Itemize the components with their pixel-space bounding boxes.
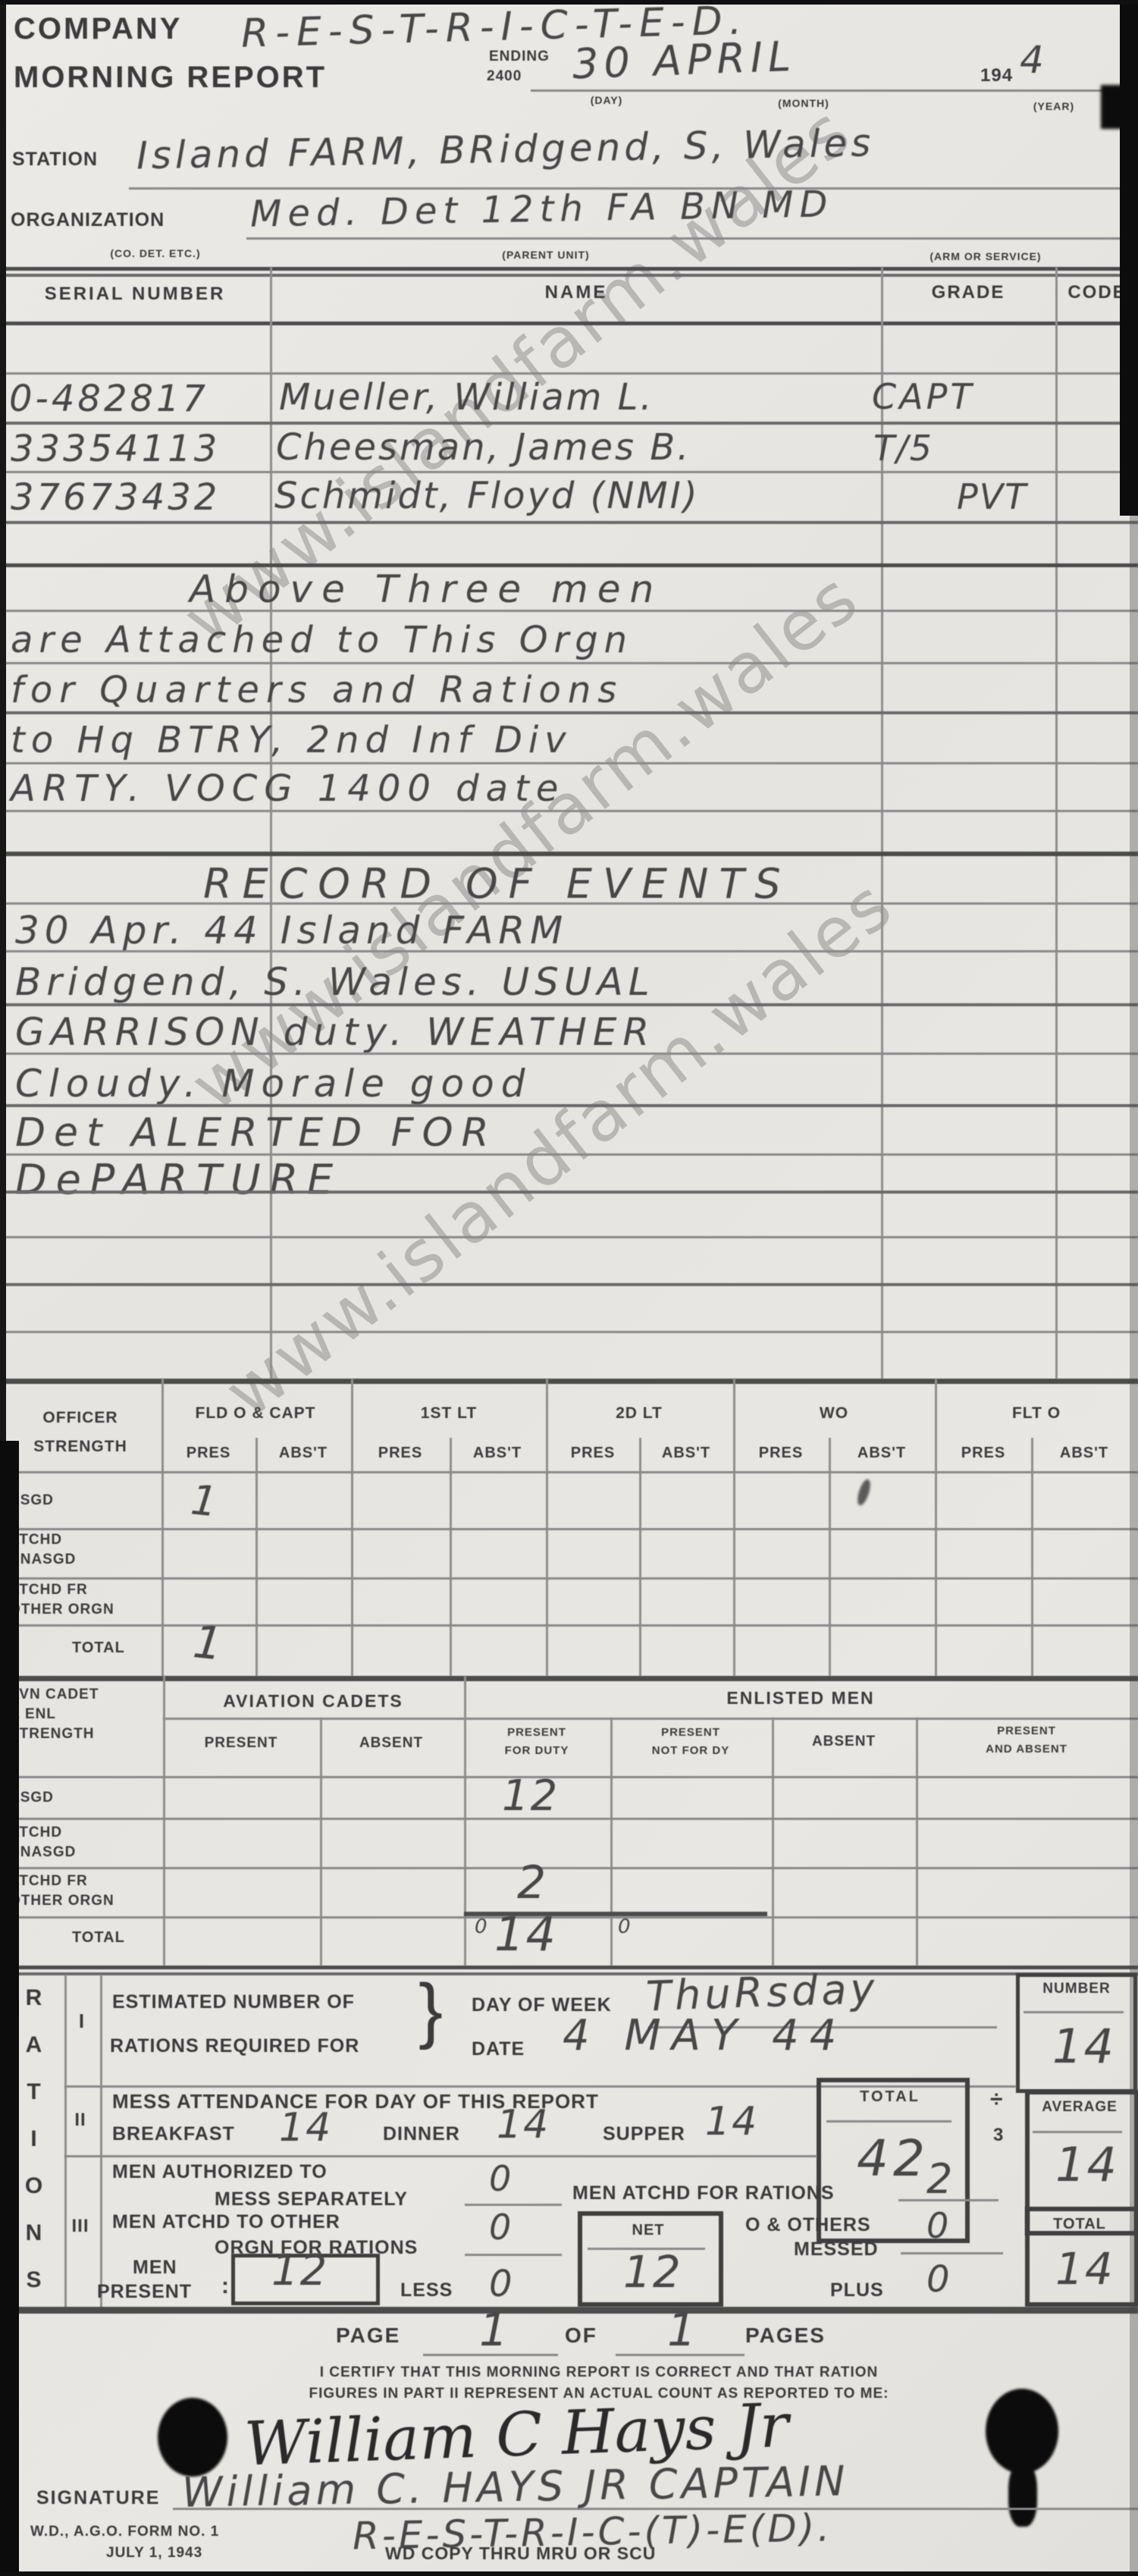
page-label: PAGE — [336, 2323, 400, 2348]
scanned-morning-report-page: www.islandfarm.wales www.islandfarm.wale… — [0, 0, 1138, 2576]
enlisted-total-zero-mark: 0 — [475, 1916, 489, 1938]
rule — [0, 521, 1138, 524]
officer-row-label-other-orgn: OTHER ORGN — [9, 1602, 114, 1618]
events-line: Bridgend, S. Wales. USUAL — [15, 960, 655, 1004]
enlisted-row-label-atchd-fr: ATCHD FR — [9, 1873, 88, 1890]
rule — [320, 1718, 322, 1966]
officer-row-label-atchd-fr: ATCHD FR — [9, 1582, 88, 1599]
events-line: DePARTURE — [15, 1156, 342, 1203]
punch-hole-right-tail — [1008, 2463, 1037, 2527]
roster-row-grade: PVT — [957, 476, 1027, 517]
rule — [0, 810, 1138, 812]
present-not-for-duty-col-header: NOT FOR DY — [652, 1744, 730, 1757]
net-value: 12 — [623, 2246, 682, 2298]
name-header: NAME — [545, 282, 608, 303]
roster-row-grade: CAPT — [872, 376, 974, 417]
pages-total-value: 1 — [667, 2304, 698, 2357]
remarks-line: for Quarters and Rations — [11, 669, 623, 711]
events-line: GARRISON duty. WEATHER — [15, 1010, 655, 1054]
men-atchd-for-rations-label: MEN ATCHD FOR RATIONS — [572, 2182, 835, 2204]
rule — [546, 1379, 548, 1676]
rule — [0, 471, 1138, 473]
rule — [0, 1676, 1138, 1681]
rule — [1033, 2131, 1122, 2133]
station-label: STATION — [12, 149, 98, 171]
ending-label: ENDING — [489, 49, 550, 65]
average-label: AVERAGE — [1042, 2099, 1118, 2116]
absent-col-header: ABSENT — [359, 1735, 423, 1752]
rule — [0, 1624, 1138, 1627]
section-iii-numeral: III — [71, 2216, 89, 2237]
grade-header: GRADE — [932, 282, 1005, 303]
rule — [1055, 267, 1058, 1379]
enlisted-men-group-header: ENLISTED MEN — [726, 1688, 874, 1708]
rule — [163, 1718, 1138, 1720]
rations-vertical-letter: R — [26, 1985, 43, 2011]
rule — [0, 1966, 1138, 1969]
officer-corner-label: OFFICER — [42, 1409, 118, 1427]
men-present-value: 12 — [271, 2246, 328, 2295]
officer-corner-label: STRENGTH — [33, 1438, 127, 1456]
rule — [0, 322, 1138, 325]
remarks-line: to Hq BTRY, 2nd Inf Div — [11, 719, 572, 761]
rule — [0, 610, 1138, 612]
rule — [0, 1471, 1138, 1473]
rule — [0, 1236, 1138, 1238]
present-label: PRESENT — [97, 2281, 192, 2303]
rule — [450, 1438, 452, 1676]
rule — [1031, 1438, 1033, 1676]
rule — [0, 1577, 1138, 1580]
mess-separately-label: MESS SEPARATELY — [215, 2189, 408, 2210]
form-date-label: JULY 1, 1943 — [106, 2545, 202, 2562]
rule — [0, 1972, 1138, 1975]
abst-subheader: ABS'T — [662, 1445, 710, 1462]
ending-time-label: 2400 — [487, 68, 522, 85]
men-authorized-label: MEN AUTHORIZED TO — [112, 2161, 328, 2183]
roster-row-name: Schmidt, Floyd (NMI) — [274, 475, 700, 517]
roster-row-name: Mueller, William L. — [279, 376, 654, 419]
rule — [0, 1003, 1138, 1006]
present-and-absent-col-header: AND ABSENT — [986, 1743, 1067, 1756]
rule — [270, 267, 272, 1379]
rations-vertical-letter: O — [25, 2173, 43, 2199]
roster-row-serial: 33354113 — [11, 428, 220, 470]
of-label: OF — [565, 2323, 597, 2348]
rule — [0, 1818, 1138, 1820]
grand-total-value: 14 — [1055, 2243, 1114, 2295]
rule — [772, 1718, 774, 1966]
rule — [465, 2254, 562, 2256]
rule — [256, 1438, 258, 1676]
signature-label: SIGNATURE — [36, 2487, 160, 2509]
rule — [0, 2307, 1138, 2314]
section-i-numeral: I — [79, 2010, 85, 2033]
orgn-for-rations-value: 0 — [489, 2207, 513, 2248]
pages-label: PAGES — [745, 2323, 826, 2348]
officer-group-header: 1ST LT — [421, 1404, 477, 1423]
organization-label: ORGANIZATION — [11, 209, 165, 231]
officer-group-header: FLT O — [1012, 1404, 1061, 1423]
rule — [64, 1975, 67, 2308]
rule — [826, 2120, 951, 2123]
rule — [465, 2204, 562, 2206]
rule — [733, 1379, 735, 1676]
rule — [246, 237, 1138, 240]
rule — [0, 274, 1138, 277]
abst-subheader: ABS'T — [857, 1445, 906, 1462]
parent-unit-sublabel: (PARENT UNIT) — [502, 249, 589, 261]
aviation-cadets-group-header: AVIATION CADETS — [223, 1691, 403, 1712]
enlisted-total-present-for-duty-value: 14 — [494, 1906, 557, 1962]
rule — [0, 1916, 1138, 1919]
absent-col-header: ABSENT — [812, 1734, 876, 1750]
rule — [423, 2354, 558, 2356]
officer-asgd-pres-value: 1 — [189, 1476, 221, 1526]
officer-total-pres-value: 1 — [190, 1615, 226, 1671]
rule — [0, 662, 1138, 664]
men-atchd-other-label: MEN ATCHD TO OTHER — [112, 2211, 340, 2233]
rule — [1024, 2011, 1124, 2013]
less-value: 0 — [489, 2263, 514, 2305]
messed-label: MESSED — [794, 2239, 879, 2261]
rule — [0, 1331, 1138, 1333]
estimated-number-label: ESTIMATED NUMBER OF — [112, 1991, 355, 2013]
rule — [351, 1379, 353, 1676]
number-label: NUMBER — [1042, 1981, 1110, 1997]
average-value: 14 — [1055, 2137, 1118, 2192]
present-colon: : — [221, 2273, 230, 2299]
abst-subheader: ABS'T — [1060, 1445, 1108, 1462]
year-sublabel: (YEAR) — [1033, 100, 1074, 112]
date-value: 4 MAY 44 — [563, 2011, 847, 2060]
o-and-others-label: O & OTHERS — [745, 2214, 871, 2236]
rule — [0, 1104, 1138, 1107]
number-value: 14 — [1052, 2019, 1115, 2074]
total-label: TOTAL — [860, 2088, 920, 2106]
officer-row-label-total: TOTAL — [72, 1639, 125, 1657]
enlisted-atchd-fr-present-for-duty-value: 2 — [517, 1856, 547, 1909]
roster-row-name: Cheesman, James B. — [276, 426, 691, 469]
net-label: NET — [632, 2222, 665, 2239]
rule — [901, 2252, 1003, 2254]
rule — [0, 1191, 1138, 1194]
rule — [0, 1867, 1138, 1869]
punch-hole-right — [986, 2389, 1058, 2474]
plus-label: PLUS — [830, 2279, 884, 2301]
rations-vertical-letter: A — [26, 2032, 43, 2058]
morning-report-label: MORNING REPORT — [14, 61, 327, 95]
rule — [0, 1528, 1138, 1530]
pres-subheader: PRES — [378, 1445, 422, 1462]
pres-subheader: PRES — [571, 1445, 615, 1462]
enlisted-asgd-present-for-duty-value: 12 — [502, 1771, 559, 1821]
supper-label: SUPPER — [603, 2123, 685, 2145]
rule — [0, 372, 1138, 375]
men-label: MEN — [133, 2257, 177, 2279]
year-prefix-label: 194 — [980, 65, 1013, 86]
enlisted-row-label-other-orgn: OTHER ORGN — [9, 1893, 114, 1909]
enlisted-corner-label: STRENGTH — [9, 1726, 95, 1743]
divide-sign: ÷ — [990, 2087, 1003, 2113]
men-atchd-for-rations-value: 2 — [926, 2155, 954, 2203]
remarks-line: Above Three men — [190, 567, 663, 611]
rule — [0, 1283, 1138, 1286]
brace-glyph: } — [419, 1969, 444, 2052]
date-label: DATE — [472, 2038, 525, 2060]
scan-edge-bottom — [0, 2571, 1138, 2576]
breakfast-label: BREAKFAST — [112, 2123, 235, 2145]
enlisted-total-not-for-duty-value: 0 — [618, 1916, 632, 1938]
scan-edge-top — [0, 0, 1138, 5]
rations-vertical-letter: T — [27, 2079, 41, 2105]
rule — [639, 1438, 641, 1676]
officer-row-label-unasgd: UNASGD — [9, 1552, 76, 1568]
day-sublabel: (DAY) — [591, 94, 623, 106]
arm-service-sublabel: (ARM OR SERVICE) — [930, 250, 1041, 262]
co-det-sublabel: (CO. DET. ETC.) — [110, 247, 200, 259]
rule — [616, 2354, 745, 2356]
abst-subheader: ABS'T — [279, 1445, 328, 1462]
mess-separately-value: 0 — [489, 2158, 513, 2199]
rule — [464, 1676, 466, 1966]
present-not-for-duty-col-header: PRESENT — [661, 1726, 720, 1739]
remarks-line: are Attached to This Orgn — [11, 619, 633, 661]
roster-row-serial: 37673432 — [11, 476, 220, 519]
serial-number-header: SERIAL NUMBER — [45, 284, 226, 305]
pres-subheader: PRES — [187, 1445, 230, 1462]
scan-edge-right — [1120, 0, 1138, 516]
present-and-absent-col-header: PRESENT — [997, 1724, 1056, 1737]
officer-group-header: WO — [820, 1404, 848, 1423]
scan-edge-right-faint — [1130, 516, 1138, 2576]
plus-value: 0 — [926, 2258, 951, 2301]
code-header: CODE — [1067, 282, 1126, 303]
rations-vertical-letter: N — [26, 2220, 43, 2246]
rule — [0, 762, 1138, 764]
rule — [0, 950, 1138, 952]
rule — [64, 2155, 817, 2157]
enlisted-corner-label: AVN CADET — [9, 1686, 99, 1703]
officer-group-header: FLD O & CAPT — [196, 1404, 316, 1423]
rule — [829, 1438, 831, 1676]
pres-subheader: PRES — [961, 1445, 1005, 1462]
rule — [100, 1975, 102, 2308]
month-sublabel: (MONTH) — [778, 97, 829, 109]
breakfast-value: 14 — [279, 2105, 332, 2151]
events-line: Det ALERTED FOR — [15, 1110, 497, 1156]
report-date-handwriting: 30 APRIL — [572, 33, 797, 88]
page-number-value: 1 — [479, 2304, 509, 2357]
events-line: 30 Apr. 44 Island FARM — [15, 908, 568, 952]
rule — [163, 1676, 165, 1966]
punch-hole-left — [158, 2398, 227, 2477]
rations-vertical-letter: S — [26, 2267, 42, 2293]
rule — [0, 267, 1138, 271]
rule — [0, 422, 1138, 425]
rule — [898, 2199, 998, 2201]
messed-value: 0 — [926, 2205, 950, 2246]
rule — [0, 1053, 1138, 1055]
section-ii-numeral: II — [74, 2110, 86, 2131]
rule — [0, 1776, 1138, 1778]
grand-total-label: TOTAL — [1053, 2216, 1106, 2233]
supper-value: 14 — [705, 2099, 758, 2145]
rule — [0, 852, 1138, 856]
wd-copy-label: WD COPY THRU MRU OR SCU — [385, 2543, 656, 2564]
enlisted-row-label-unasgd: UNASGD — [9, 1844, 76, 1861]
remarks-line: ARTY. VOCG 1400 date — [11, 767, 565, 810]
rule — [610, 1718, 613, 1966]
present-col-header: PRESENT — [205, 1735, 278, 1752]
year-handwriting: 4 — [1020, 38, 1046, 82]
certify-line: I CERTIFY THAT THIS MORNING REPORT IS CO… — [320, 2364, 879, 2381]
rule — [935, 1379, 937, 1676]
form-number-label: W.D., A.G.O. FORM NO. 1 — [30, 2524, 219, 2540]
rule — [0, 902, 1138, 905]
scan-edge-blotch — [1101, 85, 1138, 129]
company-label: COMPANY — [14, 12, 182, 46]
enlisted-row-label-total: TOTAL — [72, 1929, 125, 1947]
divide-by-three: 3 — [993, 2125, 1004, 2146]
rule — [0, 1379, 1138, 1384]
pres-subheader: PRES — [759, 1445, 803, 1462]
less-label: LESS — [400, 2279, 453, 2301]
rule — [531, 89, 1111, 92]
rations-vertical-letter: I — [30, 2126, 37, 2152]
rule — [0, 711, 1138, 714]
total-value: 42 — [857, 2129, 930, 2188]
events-line: Cloudy. Morale good — [15, 1062, 531, 1106]
rule — [161, 1379, 164, 1676]
abst-subheader: ABS'T — [473, 1445, 522, 1462]
dinner-value: 14 — [497, 2102, 550, 2148]
scan-edge-left-wide — [0, 1441, 19, 2576]
present-for-duty-col-header: PRESENT — [507, 1726, 566, 1739]
present-for-duty-col-header: FOR DUTY — [505, 1744, 569, 1757]
record-of-events-title: RECORD OF EVENTS — [203, 860, 792, 908]
roster-row-grade: T/5 — [873, 428, 933, 469]
rations-required-label: RATIONS REQUIRED FOR — [110, 2035, 359, 2057]
rule — [916, 1718, 918, 1966]
dinner-label: DINNER — [383, 2123, 460, 2145]
roster-row-serial: 0-482817 — [9, 378, 208, 420]
officer-group-header: 2D LT — [616, 1404, 663, 1423]
